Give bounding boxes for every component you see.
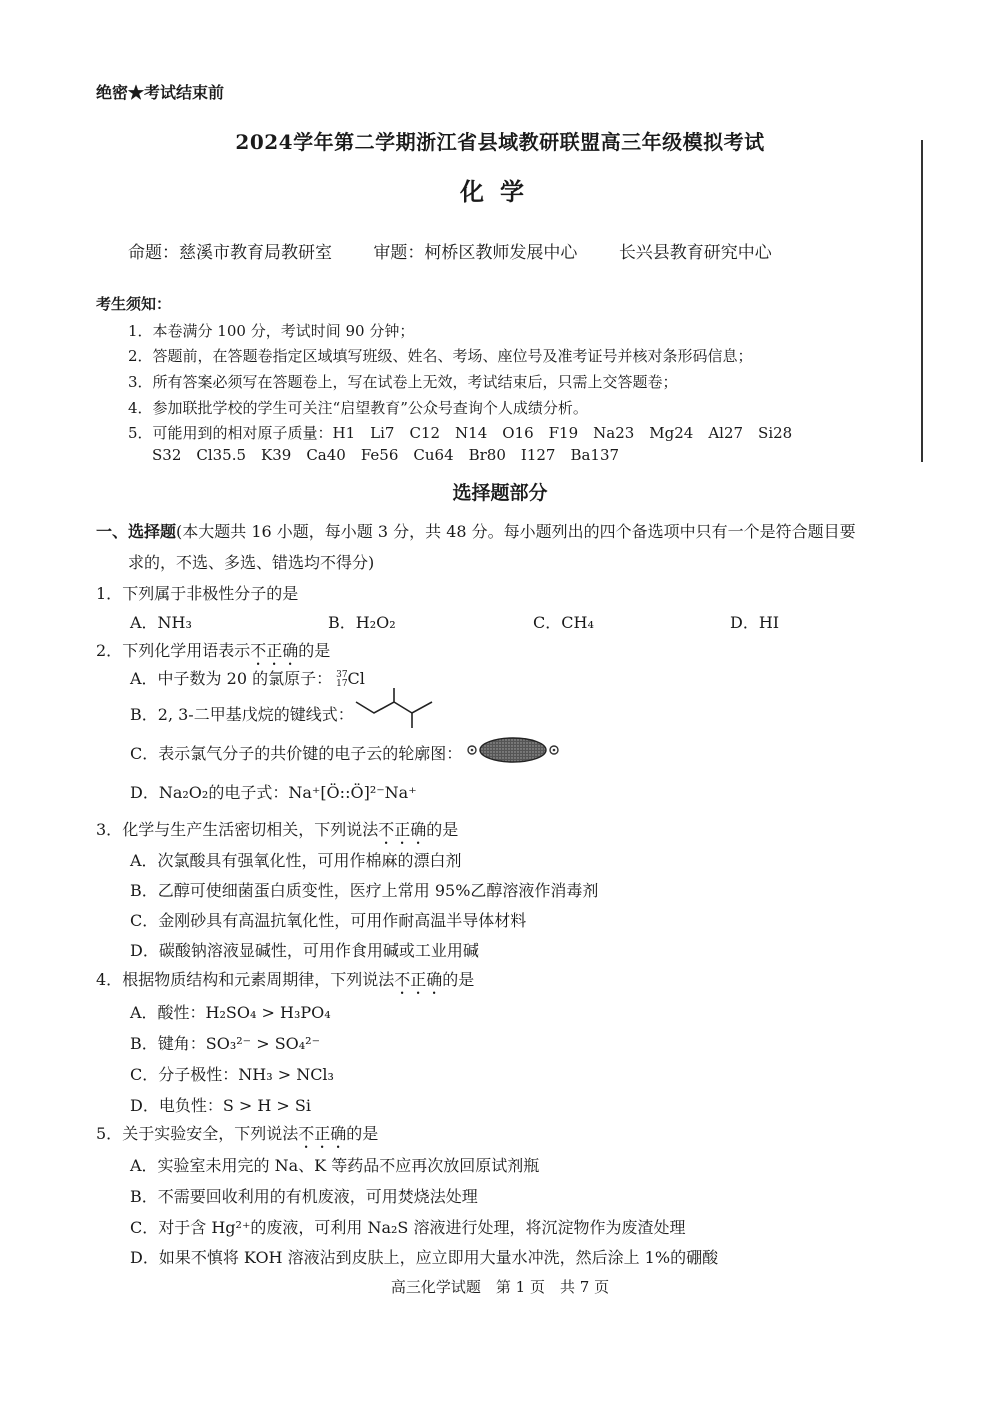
subject-title: 化学 [0, 172, 1000, 207]
part-desc-cont: 求的，不选、多选、错选均不得分) [128, 550, 374, 573]
question-stem: 根据物质结构和元素周期律，下列说法 [122, 970, 394, 989]
part-desc: (本大题共 16 小题，每小题 3 分，共 48 分。每小题列出的四个备选项中只… [176, 522, 856, 541]
atomic-number: 17 [336, 679, 347, 689]
option-label: B．2, 3-二甲基戊烷的键线式： [130, 705, 354, 724]
emphasis-text: 不正确 [394, 970, 442, 989]
option-1d: D．HI [730, 610, 779, 633]
electron-formula: Na⁺[Ö::Ö]²⁻Na⁺ [288, 783, 416, 802]
question-5: 5．关于实验安全，下列说法不正确的是 [96, 1121, 378, 1152]
option-3a: A．次氯酸具有强氧化性，可用作棉麻的漂白剂 [130, 848, 462, 871]
option-5c: C．对于含 Hg²⁺的废液，可利用 Na₂S 溶液进行处理，将沉淀物作为废渣处理 [130, 1215, 685, 1238]
credit-author: 命题：慈溪市教育局教研室 [128, 243, 332, 263]
question-4: 4．根据物质结构和元素周期律，下列说法不正确的是 [96, 967, 474, 998]
credit-reviewer-1: 审题：柯桥区教师发展中心 [373, 243, 577, 263]
question-stem-end: 的是 [442, 970, 474, 989]
option-1a: A．NH₃ [130, 610, 192, 633]
question-number: 3． [96, 820, 122, 839]
notice-heading: 考生须知： [96, 293, 171, 314]
option-4d: D．电负性：S > H > Si [130, 1093, 311, 1116]
option-4b: B．键角：SO₃²⁻ > SO₄²⁻ [130, 1031, 320, 1054]
question-stem-end: 的是 [426, 820, 458, 839]
option-label: C．表示氯气分子的共价键的电子云的轮廓图： [130, 744, 462, 763]
section-title: 选择题部分 [0, 478, 1000, 505]
question-stem: 化学与生产生活密切相关，下列说法 [122, 820, 378, 839]
option-5d: D．如果不慎将 KOH 溶液沾到皮肤上，应立即用大量水冲洗，然后涂上 1%的硼酸 [130, 1245, 718, 1268]
option-2a: A．中子数为 20 的氯原子：3717Cl [130, 666, 365, 689]
part-label: 一、选择题 [96, 522, 176, 541]
part-instructions: 一、选择题(本大题共 16 小题，每小题 3 分，共 48 分。每小题列出的四个… [96, 519, 856, 542]
option-3b: B．乙醇可使细菌蛋白质变性，医疗上常用 95%乙醇溶液作消毒剂 [130, 878, 598, 901]
option-label: D．Na₂O₂的电子式： [130, 783, 288, 802]
notice-item: 3．所有答案必须写在答题卷上，写在试卷上无效，考试结束后，只需上交答题卷； [128, 371, 678, 392]
question-stem: 关于实验安全，下列说法 [122, 1124, 298, 1143]
notice-item: 5．可能用到的相对原子质量：H1 Li7 C12 N14 O16 F19 Na2… [128, 422, 792, 443]
question-2: 2．下列化学用语表示不正确的是 [96, 638, 330, 669]
option-2d: D．Na₂O₂的电子式：Na⁺[Ö::Ö]²⁻Na⁺ [130, 780, 417, 803]
emphasis-text: 不正确 [250, 641, 298, 660]
option-2c: C．表示氯气分子的共价键的电子云的轮廓图： [130, 741, 462, 764]
notice-item: 1．本卷满分 100 分，考试时间 90 分钟； [128, 320, 414, 341]
option-3c: C．金刚砂具有高温抗氧化性，可用作耐高温半导体材料 [130, 908, 526, 931]
isotope-notation: 3717 [336, 671, 347, 689]
option-2b: B．2, 3-二甲基戊烷的键线式： [130, 702, 354, 725]
notice-item: 2．答题前，在答题卷指定区域填写班级、姓名、考场、座位号及准考证号并核对条形码信… [128, 345, 753, 366]
emphasis-text: 不正确 [298, 1124, 346, 1143]
emphasis-text: 不正确 [378, 820, 426, 839]
question-3: 3．化学与生产生活密切相关，下列说法不正确的是 [96, 817, 458, 848]
option-5b: B．不需要回收利用的有机废液，可用焚烧法处理 [130, 1184, 478, 1207]
question-stem-end: 的是 [298, 641, 330, 660]
credit-reviewer-2: 长兴县教育研究中心 [619, 243, 772, 263]
question-stem-end: 的是 [346, 1124, 378, 1143]
binding-margin-line [921, 140, 923, 462]
question-1: 1．下列属于非极性分子的是 [96, 581, 298, 604]
skeletal-formula-icon [354, 686, 438, 730]
question-stem: 下列属于非极性分子的是 [122, 584, 298, 603]
electron-cloud-icon [466, 736, 560, 764]
page-footer: 高三化学试题 第 1 页 共 7 页 [0, 1276, 1000, 1297]
option-1b: B．H₂O₂ [328, 610, 396, 633]
option-4c: C．分子极性：NH₃ > NCl₃ [130, 1062, 334, 1085]
option-3d: D．碳酸钠溶液显碱性，可用作食用碱或工业用碱 [130, 938, 479, 961]
option-5a: A．实验室未用完的 Na、K 等药品不应再次放回原试剂瓶 [130, 1153, 539, 1176]
confidential-label: 绝密★考试结束前 [96, 80, 224, 103]
option-1c: C．CH₄ [533, 610, 594, 633]
question-number: 1． [96, 584, 122, 603]
question-number: 4． [96, 970, 122, 989]
option-label: A．中子数为 20 的氯原子： [130, 669, 332, 688]
exam-title: 2024学年第二学期浙江省县域教研联盟高三年级模拟考试 [0, 126, 1000, 155]
notice-item: S32 Cl35.5 K39 Ca40 Fe56 Cu64 Br80 I127 … [152, 444, 619, 465]
question-stem: 下列化学用语表示 [122, 641, 250, 660]
question-number: 5． [96, 1124, 122, 1143]
notice-item: 4．参加联批学校的学生可关注“启望教育”公众号查询个人成绩分析。 [128, 397, 588, 418]
question-number: 2． [96, 641, 122, 660]
option-4a: A．酸性：H₂SO₄ > H₃PO₄ [130, 1000, 331, 1023]
credits-line: 命题：慈溪市教育局教研室 审题：柯桥区教师发展中心 长兴县教育研究中心 [128, 238, 808, 263]
